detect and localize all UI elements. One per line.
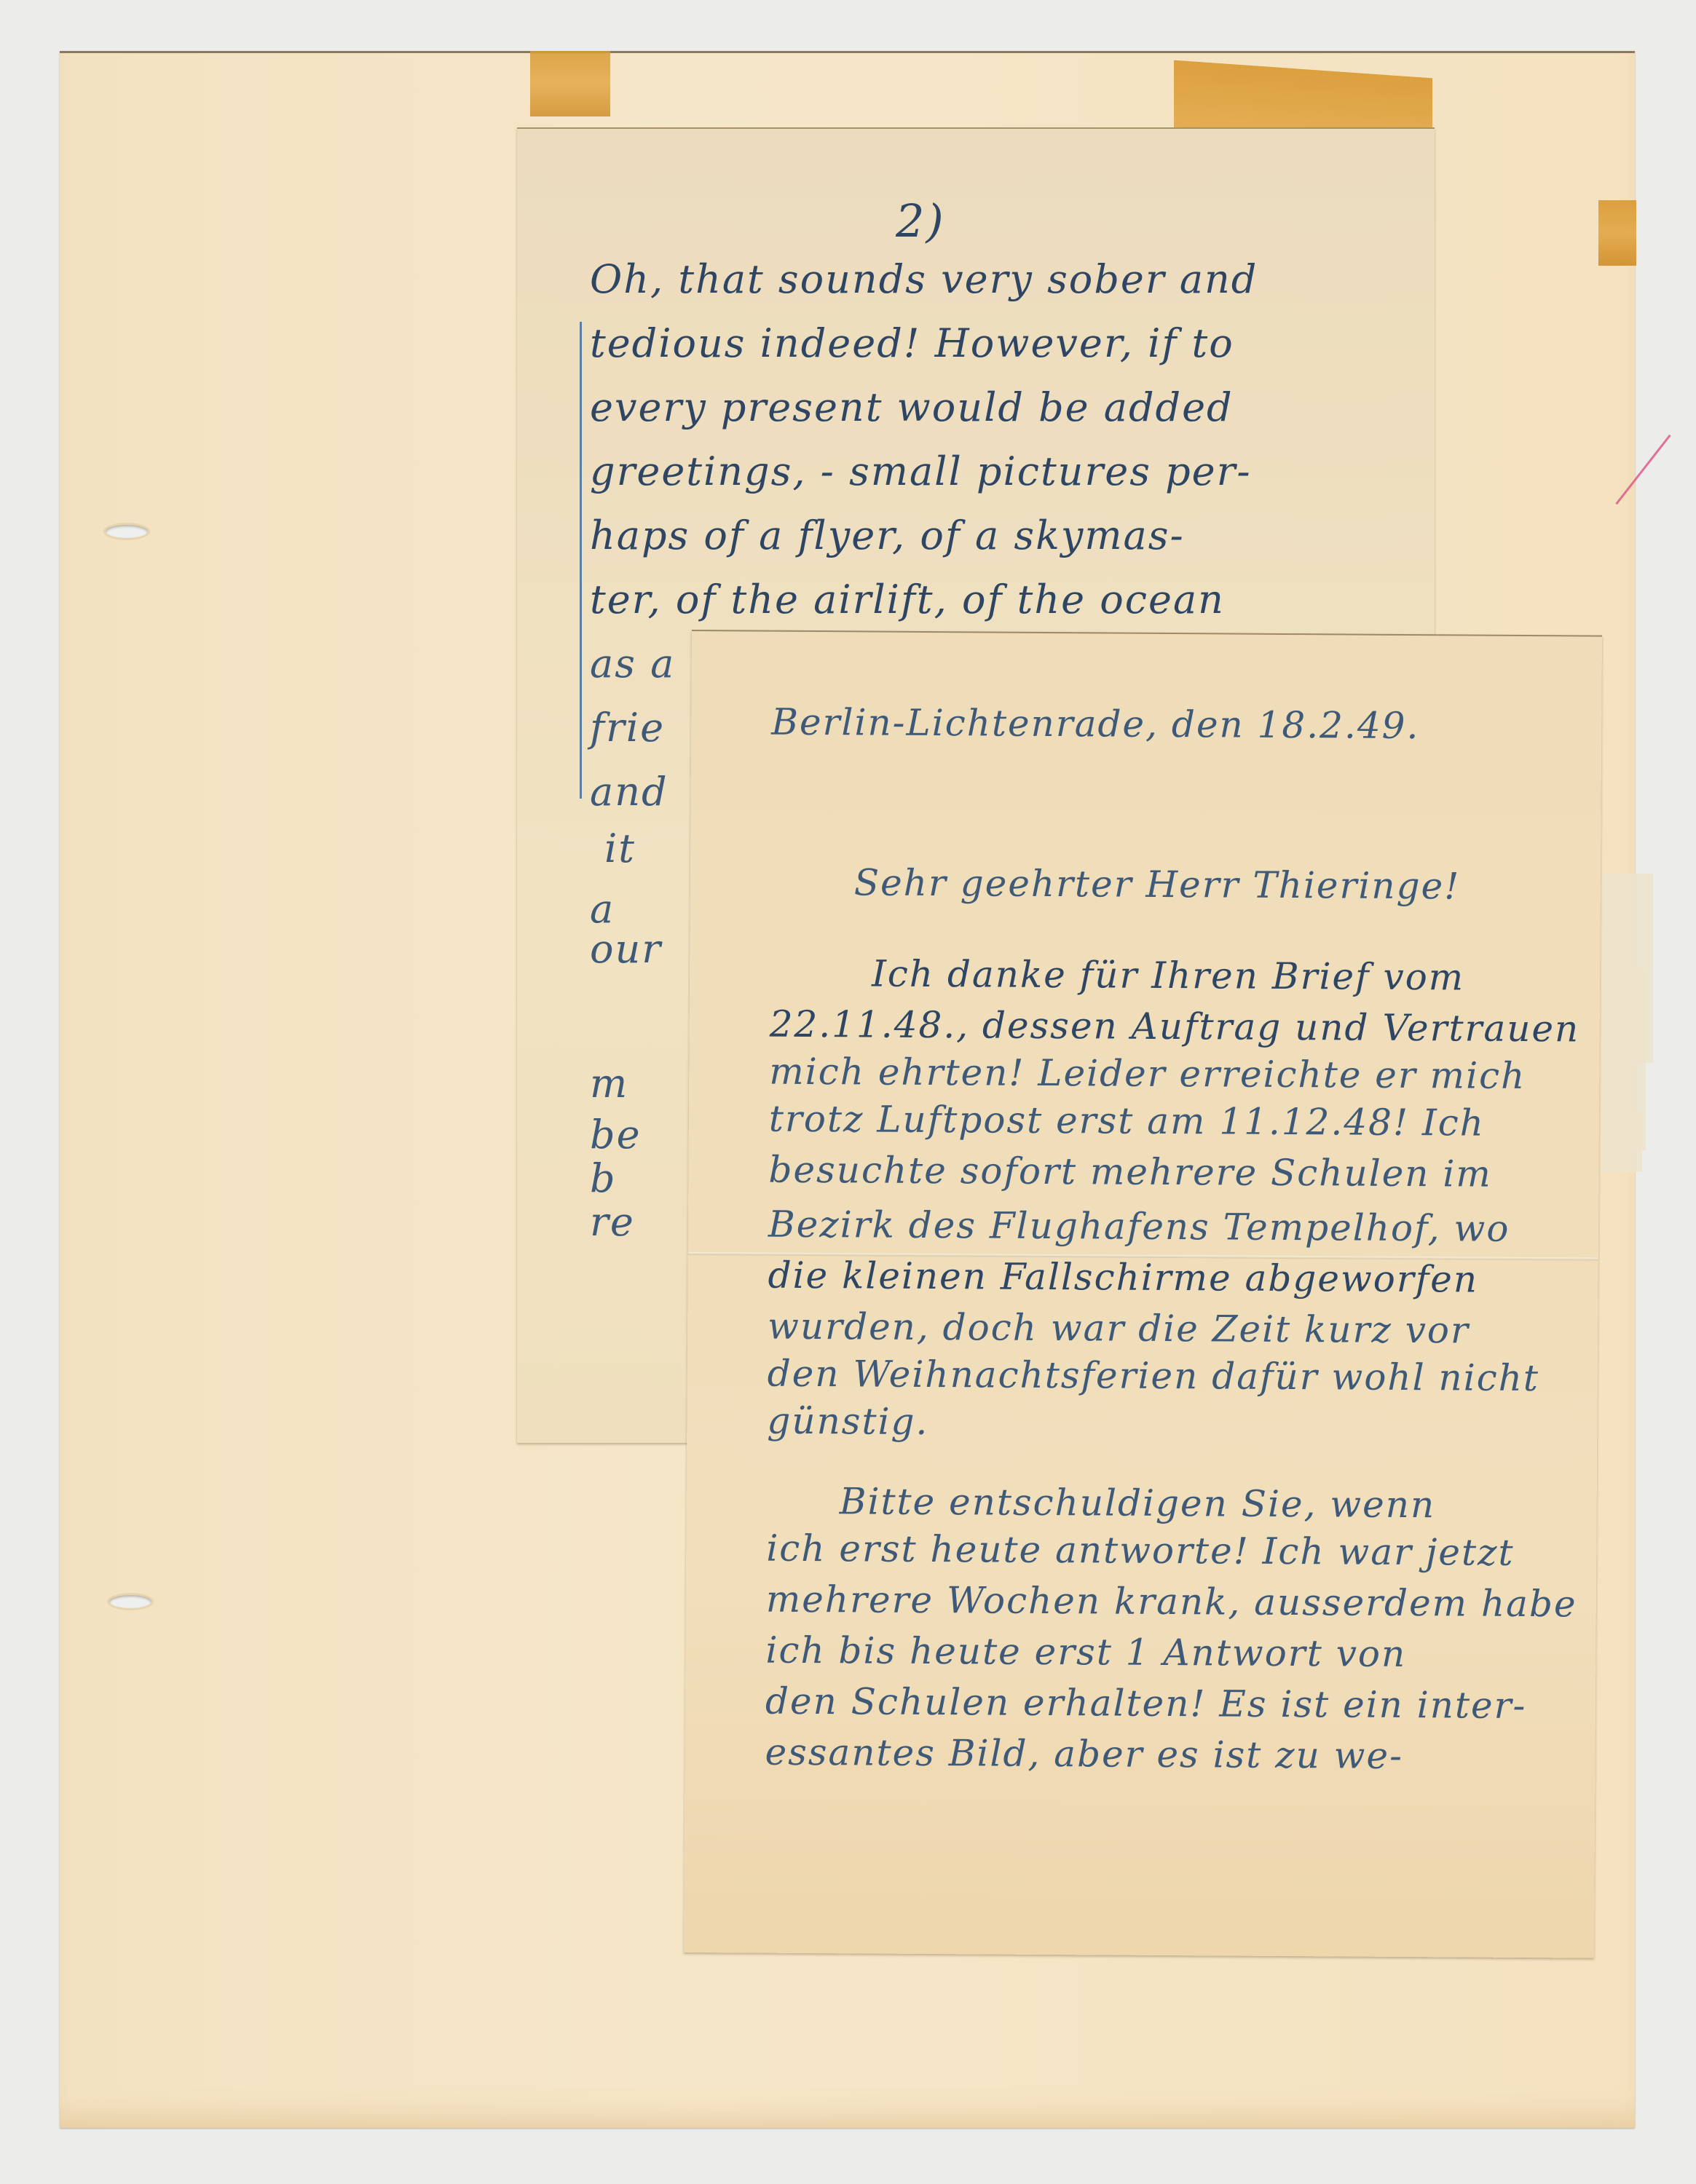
text-line: m [590,1061,628,1107]
salutation: Sehr geehrter Herr Thieringe! [854,861,1461,907]
text-line: mehrere Wochen krank, ausserdem habe [766,1578,1577,1626]
text-line: trotz Luftpost erst am 11.12.48! Ich [769,1098,1485,1144]
tissue-hinge [1602,1114,1642,1172]
text-line: mich ehrten! Leider erreichte er mich [769,1051,1526,1097]
text-line: wurden, doch war die Zeit kurz vor [768,1305,1470,1352]
tape-strip-edge [1598,200,1636,266]
text-line: Bezirk des Flughafens Tempelhof, wo [768,1203,1510,1250]
punch-hole-bottom [109,1595,151,1608]
text-line: it [604,826,636,871]
text-line: Bitte entschuldigen Sie, wenn [840,1480,1436,1526]
text-line: Oh, that sounds very sober and [590,256,1258,302]
text-line: tedious indeed! However, if to [590,320,1234,366]
tape-strip-left [530,51,610,116]
front-letter: Berlin-Lichtenrade, den 18.2.49. Sehr ge… [684,630,1602,1958]
text-line: greetings, - small pictures per- [590,448,1252,494]
text-line: be [590,1112,642,1158]
page-number: 2) [896,194,945,248]
punch-hole-top [106,525,148,538]
text-line: every present would be added [590,384,1234,430]
text-line: besuchte sofort mehrere Schulen im [768,1149,1492,1195]
text-line: as a [590,641,675,687]
text-line: ter, of the airlift, of the ocean [590,577,1225,622]
text-line: frie [590,705,665,751]
text-line: ich bis heute erst 1 Antwort von [765,1629,1406,1675]
text-line: 22.11.48., dessen Auftrag und Vertrauen [770,1003,1580,1051]
text-line: re [590,1199,635,1245]
text-line: a [590,886,615,932]
place-date: Berlin-Lichtenrade, den 18.2.49. [771,701,1419,747]
text-line: essantes Bild, aber es ist zu we- [765,1731,1403,1777]
text-line: b [590,1155,617,1201]
text-line: our [590,926,662,972]
text-line: Ich danke für Ihren Brief vom [872,953,1464,999]
text-line: ich erst heute antworte! Ich war jetzt [766,1527,1515,1574]
text-line: günstig. [767,1400,928,1443]
text-line: den Schulen erhalten! Es ist ein inter- [765,1680,1527,1727]
text-line: and [590,769,668,815]
margin-rule [580,322,582,799]
text-line: haps of a flyer, of a skymas- [590,513,1185,558]
text-line: den Weihnachtsferien dafür wohl nicht [768,1353,1540,1399]
text-line: die kleinen Fallschirme abgeworfen [768,1254,1478,1301]
